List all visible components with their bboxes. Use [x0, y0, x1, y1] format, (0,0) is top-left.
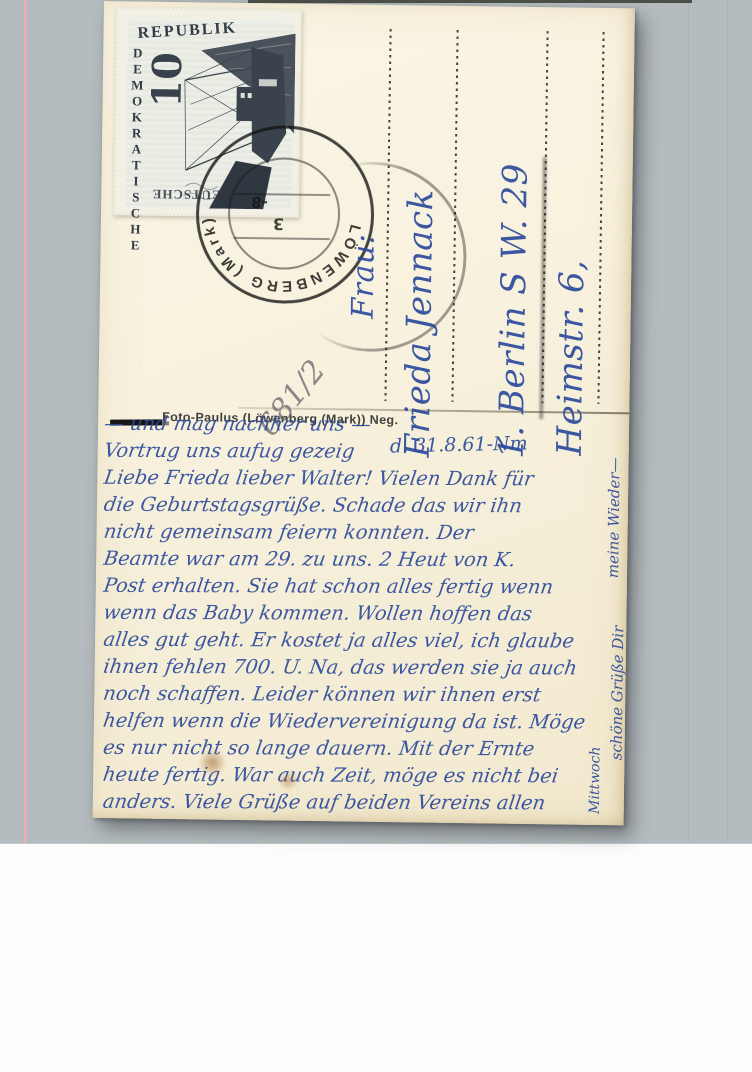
postcard: REPUBLIK DEMOKRATISCHE 10 DEUTSCHE LÖWEN… — [93, 1, 635, 825]
margin-note: schöne Grüße Dir — [607, 626, 627, 761]
scanner-top-edge-shadow — [248, 0, 692, 3]
address-line-smudge — [539, 157, 547, 419]
message-line: — und mag nachher uns — — [102, 412, 630, 441]
message-block: — und mag nachher uns — Vortrug uns aufu… — [103, 412, 628, 819]
lavender-scan-line-2 — [727, 0, 728, 843]
message-line: wenn das Baby kommen. Wollen hoffen das — [102, 601, 630, 630]
pink-registration-line — [24, 0, 26, 843]
message-line: Vortrug uns aufug gezeig — [102, 439, 630, 468]
postmark-date-top: -8 — [250, 192, 269, 212]
message-line: ihnen fehlen 700. U. Na, das werden sie … — [101, 655, 629, 684]
message-date: d. 31.8.61-Nm — [390, 433, 528, 458]
scanned-postcard-view: REPUBLIK DEMOKRATISCHE 10 DEUTSCHE LÖWEN… — [0, 0, 752, 1072]
message-line: alles gut geht. Er kostet ja alles viel,… — [101, 628, 629, 657]
margin-note: meine Wieder— — [604, 457, 624, 578]
message-line: heute fertig. War auch Zeit, möge es nic… — [101, 763, 629, 792]
margin-note: Mittwoch — [587, 746, 604, 814]
address-prefix: Frau: — [346, 138, 384, 318]
scan-bottom-band — [0, 843, 752, 1072]
message-line: Liebe Frieda lieber Walter! Vielen Dank … — [102, 466, 630, 495]
stain-spot — [276, 771, 300, 789]
stamp-denomination: 10 — [141, 52, 194, 109]
address-dotted-line-4 — [597, 32, 604, 404]
address-street: Heimstr. 6, — [550, 75, 595, 456]
message-line: helfen wenn die Wiedervereinigung da ist… — [101, 709, 629, 738]
message-line: nicht gemeinsam feiern konnten. Der — [102, 520, 630, 549]
address-city: 1. Berlin S W. 29 — [492, 28, 538, 459]
lavender-scan-line-1 — [688, 0, 689, 843]
address-name: Frieda Jennack — [398, 17, 444, 458]
postmark-date-center: 3 — [273, 214, 284, 233]
message-line: anders. Viele Grüße auf beiden Vereins a… — [101, 790, 629, 819]
message-line: Post erhalten. Sie hat schon alles ferti… — [102, 574, 630, 603]
message-line: die Geburtstagsgrüße. Schade das wir ihn — [102, 493, 630, 522]
message-line: Beamte war am 29. zu uns. 2 Heut von K. — [102, 547, 630, 576]
message-line: noch schaffen. Leider können wir ihnen e… — [101, 682, 629, 711]
message-line: es nur nicht so lange dauern. Mit der Er… — [101, 736, 629, 765]
